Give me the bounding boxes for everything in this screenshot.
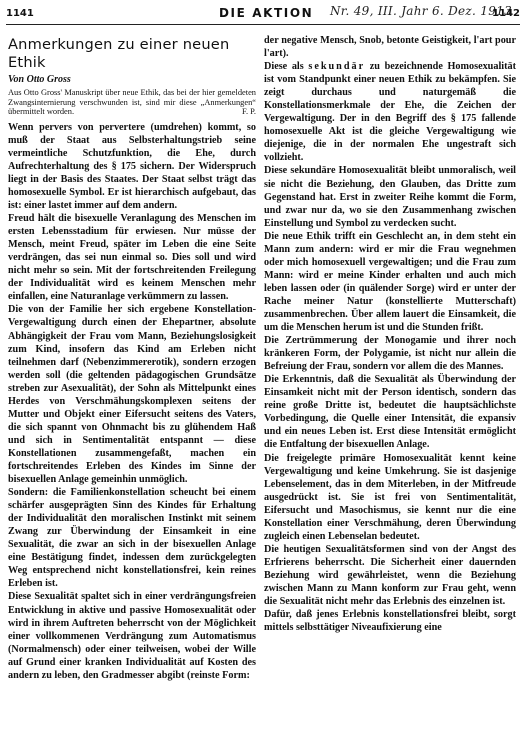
paragraph: Freud hält die bisexuelle Veranlagung de… [8,212,256,303]
paragraph: Diese als sekundär zu bezeichnende Homos… [264,60,516,164]
paragraph: Dafür, daß jenes Erlebnis konstellations… [264,608,516,634]
article-byline: Von Otto Gross [8,73,256,86]
paragraph: Die freigelegte primäre Homosexualität k… [264,452,516,543]
paragraph: der negative Mensch, Snob, betonte Geist… [264,34,516,60]
paragraph: Diese Sexualität spaltet sich in einer v… [8,590,256,681]
paragraph: Die heutigen Sexualitätsformen sind von … [264,543,516,608]
editor-note-text: Aus Otto Gross' Manuskript über neue Eth… [8,88,256,116]
paragraph: Die von der Familie her sich ergebene Ko… [8,303,256,486]
editor-note: Aus Otto Gross' Manuskript über neue Eth… [8,88,256,117]
paragraph: Sondern: die Familienkonstellation scheu… [8,486,256,590]
paragraph: Die Erkenntnis, daß die Sexualität als Ü… [264,373,516,451]
paragraph: Wenn pervers von pervertere (umdrehen) k… [8,121,256,212]
paragraph: Die neue Ethik trifft ein Geschlecht an,… [264,230,516,334]
paragraph: Diese sekundäre Homosexualität bleibt un… [264,164,516,229]
page-number-left: 1141 [6,8,34,19]
emphasis-text: sekundär [308,61,365,72]
page-number-right: 1142 [492,8,520,19]
right-column: der negative Mensch, Snob, betonte Geist… [264,34,516,634]
masthead-title: DIE AKTION [219,6,313,20]
paragraph: Die Zertrümmerung der Monogamie und ihre… [264,334,516,373]
left-column: Anmerkungen zu einer neuen Ethik Von Ott… [8,34,256,682]
page-header: 1141 DIE AKTION Nr. 49, III. Jahr 6. Dez… [6,2,520,22]
article-title: Anmerkungen zu einer neuen Ethik [8,36,256,72]
header-rule [6,24,520,25]
editor-signature: F. P. [242,107,256,117]
handwritten-annotation: Nr. 49, III. Jahr 6. Dez. 1913 [330,4,512,18]
